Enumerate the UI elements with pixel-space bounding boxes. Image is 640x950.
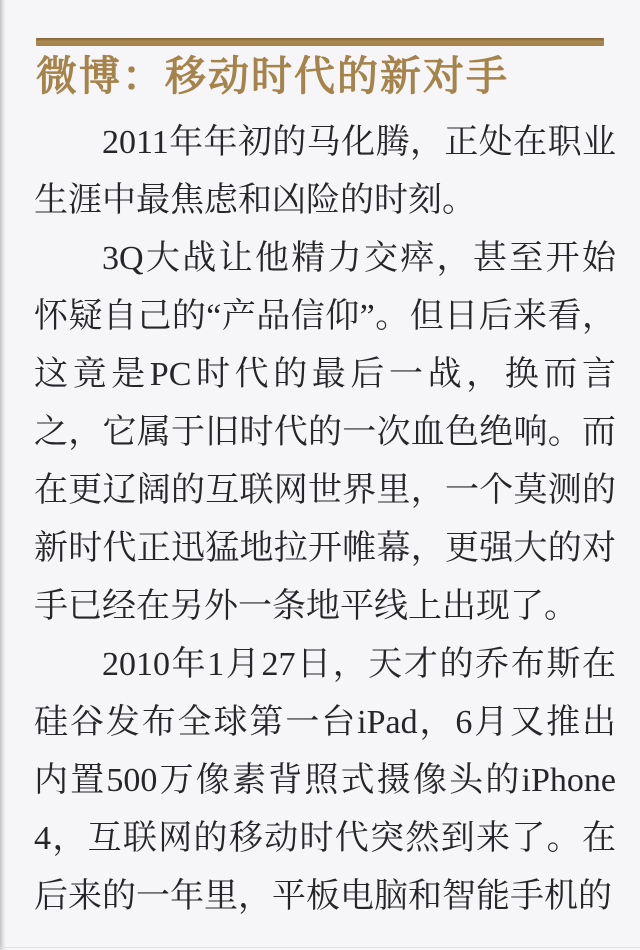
paragraph: 2010年1月27日，天才的乔布斯在硅谷发布全球第一台iPad，6月又推出内置5…	[34, 636, 616, 926]
ebook-reader-page[interactable]: 微博：移动时代的新对手 2011年年初的马化腾，正处在职业生涯中最焦虑和凶险的时…	[0, 0, 640, 950]
page-bottom-divider	[0, 947, 640, 948]
chapter-body: 2011年年初的马化腾，正处在职业生涯中最焦虑和凶险的时刻。3Q大战让他精力交瘁…	[34, 114, 616, 926]
chapter-title-rule	[36, 38, 604, 46]
chapter-title: 微博：移动时代的新对手	[36, 51, 604, 101]
paragraph: 3Q大战让他精力交瘁，甚至开始怀疑自己的“产品信仰”。但日后来看，这竟是PC时代…	[34, 230, 616, 636]
paragraph: 2011年年初的马化腾，正处在职业生涯中最焦虑和凶险的时刻。	[34, 114, 616, 230]
page-left-edge-shadow	[0, 0, 6, 950]
